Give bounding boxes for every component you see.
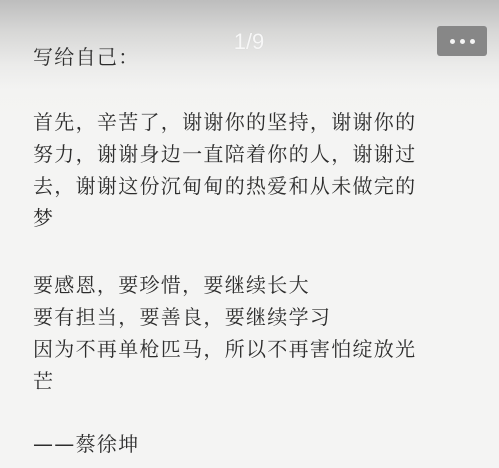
text-line: 要感恩，要珍惜，要继续长大: [33, 269, 463, 301]
more-dots-icon: [470, 39, 475, 44]
text-line: 去，谢谢这份沉甸甸的热爱和从未做完的: [33, 170, 463, 202]
page-counter: 1/9: [0, 29, 499, 55]
text-line: 首先，辛苦了，谢谢你的坚持，谢谢你的: [33, 106, 463, 138]
text-line: 要有担当，要善良，要继续学习: [33, 301, 463, 333]
text-line: 梦: [33, 202, 463, 234]
page-counter-text: 1/9: [234, 29, 265, 55]
more-dots-icon: [460, 39, 465, 44]
text-line: 因为不再单枪匹马，所以不再害怕绽放光: [33, 333, 463, 365]
more-options-button[interactable]: [437, 26, 487, 56]
text-line: 芒: [33, 365, 463, 397]
signature: ——蔡徐坤: [33, 428, 140, 457]
more-dots-icon: [450, 39, 455, 44]
paragraph-gratitude: 首先，辛苦了，谢谢你的坚持，谢谢你的 努力，谢谢身边一直陪着你的人，谢谢过 去，…: [33, 106, 463, 234]
image-viewer[interactable]: 写给自己： 首先，辛苦了，谢谢你的坚持，谢谢你的 努力，谢谢身边一直陪着你的人，…: [0, 0, 499, 468]
text-line: 努力，谢谢身边一直陪着你的人，谢谢过: [33, 138, 463, 170]
paragraph-resolutions: 要感恩，要珍惜，要继续长大 要有担当，要善良，要继续学习 因为不再单枪匹马，所以…: [33, 269, 463, 397]
